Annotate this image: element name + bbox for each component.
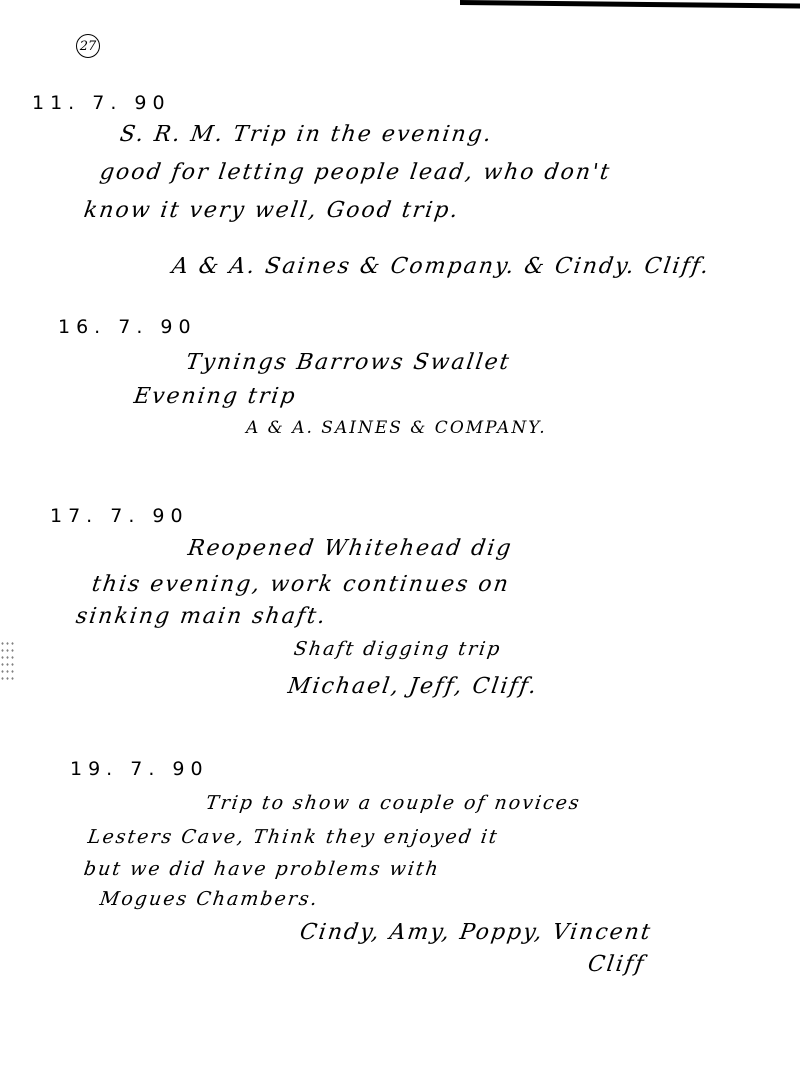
- entry-date: 19. 7. 90: [70, 758, 209, 780]
- entry-line: know it very well, Good trip.: [82, 198, 461, 223]
- entry-line: Trip to show a couple of novices: [204, 792, 582, 814]
- page-number: 27: [76, 34, 100, 58]
- entry-line: S. R. M. Trip in the evening.: [118, 122, 494, 147]
- entry-date: 17. 7. 90: [50, 505, 189, 527]
- entry-date: 16. 7. 90: [58, 316, 197, 338]
- entry-attendees: A & A. Saines & Company. & Cindy. Cliff.: [170, 254, 712, 279]
- logbook-page: 27 11. 7. 90 S. R. M. Trip in the evenin…: [0, 0, 800, 1090]
- entry-attendees: A & A. SAINES & COMPANY.: [246, 418, 547, 438]
- entry-line: Lesters Cave, Think they enjoyed it: [86, 826, 500, 848]
- page-number-text: 27: [80, 39, 97, 54]
- scan-edge-artifact: [460, 0, 800, 9]
- entry-line: Evening trip: [132, 384, 298, 409]
- entry-date: 11. 7. 90: [32, 92, 171, 114]
- entry-line: but we did have problems with: [82, 858, 441, 880]
- entry-attendees: Cindy, Amy, Poppy, Vincent: [298, 920, 653, 945]
- entry-line: Mogues Chambers.: [98, 888, 320, 910]
- entry-line: Tynings Barrows Swallet: [184, 350, 512, 375]
- entry-line: sinking main shaft.: [74, 604, 328, 629]
- entry-note: Shaft digging trip: [292, 638, 502, 660]
- entry-line: Reopened Whitehead dig: [186, 536, 514, 561]
- entry-line: good for letting people lead, who don't: [98, 160, 612, 185]
- entry-attendees: Michael, Jeff, Cliff.: [286, 674, 539, 699]
- scan-noise: [0, 640, 14, 680]
- entry-line: this evening, work continues on: [90, 572, 511, 597]
- entry-attendees-continued: Cliff: [586, 952, 647, 977]
